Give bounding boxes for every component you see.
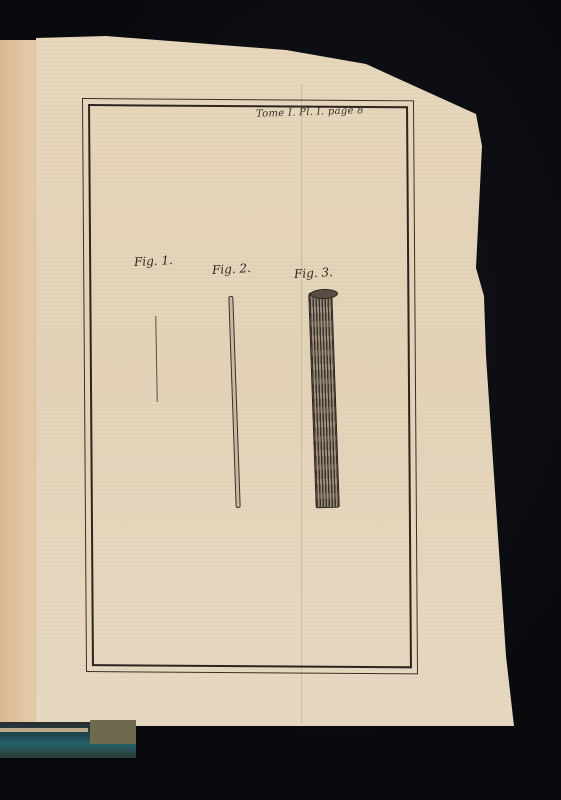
book-cover-edge — [0, 728, 88, 732]
engraved-frame-inner — [88, 104, 412, 668]
book-cover-corner — [90, 720, 136, 744]
fig-2-label: Fig. 2. — [212, 261, 252, 277]
engraved-frame — [82, 98, 418, 674]
fig-3-label: Fig. 3. — [294, 265, 334, 281]
photo-scene: Tome I. Pl. I. page 8 Fig. 1. Fig. 2. Fi… — [0, 0, 561, 800]
fig-1-label: Fig. 1. — [134, 253, 174, 269]
left-book-page — [0, 40, 42, 726]
